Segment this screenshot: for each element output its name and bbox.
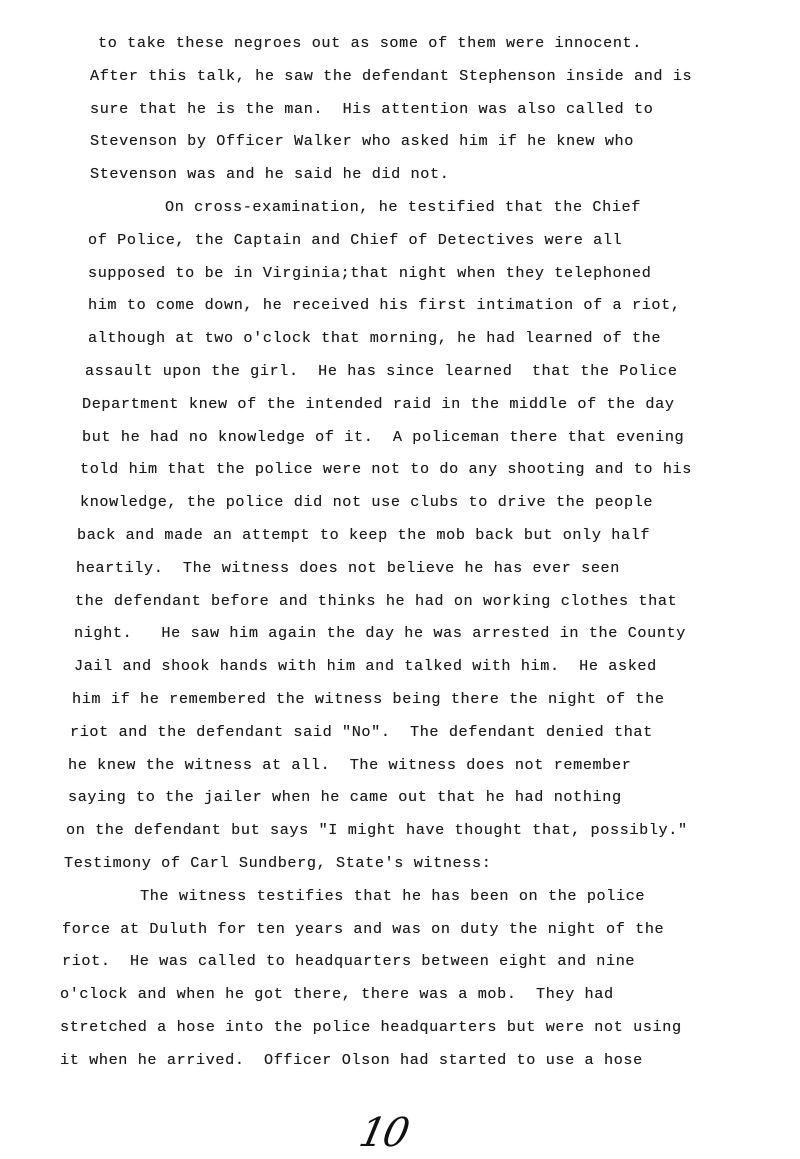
text-line: on the defendant but says "I might have …	[66, 820, 688, 840]
text-line: force at Duluth for ten years and was on…	[62, 919, 664, 939]
text-line: o'clock and when he got there, there was…	[60, 984, 614, 1004]
text-line: told him that the police were not to do …	[80, 459, 692, 479]
text-line: to take these negroes out as some of the…	[98, 33, 642, 53]
text-line: back and made an attempt to keep the mob…	[77, 525, 650, 545]
text-line: knowledge, the police did not use clubs …	[80, 492, 653, 512]
text-line: the defendant before and thinks he had o…	[75, 591, 677, 611]
text-line: him to come down, he received his first …	[88, 295, 681, 315]
text-line: heartily. The witness does not believe h…	[76, 558, 620, 578]
text-line: him if he remembered the witness being t…	[72, 689, 665, 709]
text-line: Jail and shook hands with him and talked…	[74, 656, 657, 676]
text-line: sure that he is the man. His attention w…	[90, 99, 653, 119]
text-line: Testimony of Carl Sundberg, State's witn…	[64, 853, 491, 873]
document-page: to take these negroes out as some of the…	[0, 0, 800, 1159]
text-line: Stevenson was and he said he did not.	[90, 164, 449, 184]
text-line: it when he arrived. Officer Olson had st…	[60, 1050, 643, 1070]
text-line: Department knew of the intended raid in …	[82, 394, 675, 414]
text-line: stretched a hose into the police headqua…	[60, 1017, 682, 1037]
text-line: Stevenson by Officer Walker who asked hi…	[90, 131, 634, 151]
text-line: he knew the witness at all. The witness …	[68, 755, 631, 775]
page-number: 10	[355, 1110, 412, 1156]
text-line: On cross-examination, he testified that …	[165, 197, 641, 217]
text-line: night. He saw him again the day he was a…	[74, 623, 686, 643]
text-line: although at two o'clock that morning, he…	[88, 328, 661, 348]
text-line: assault upon the girl. He has since lear…	[85, 361, 678, 381]
text-line: riot and the defendant said "No". The de…	[70, 722, 653, 742]
text-line: riot. He was called to headquarters betw…	[62, 951, 635, 971]
text-line: The witness testifies that he has been o…	[140, 886, 645, 906]
text-line: After this talk, he saw the defendant St…	[90, 66, 692, 86]
text-line: saying to the jailer when he came out th…	[68, 787, 622, 807]
text-line: supposed to be in Virginia;that night wh…	[88, 263, 651, 283]
text-line: of Police, the Captain and Chief of Dete…	[88, 230, 622, 250]
text-line: but he had no knowledge of it. A policem…	[82, 427, 684, 447]
